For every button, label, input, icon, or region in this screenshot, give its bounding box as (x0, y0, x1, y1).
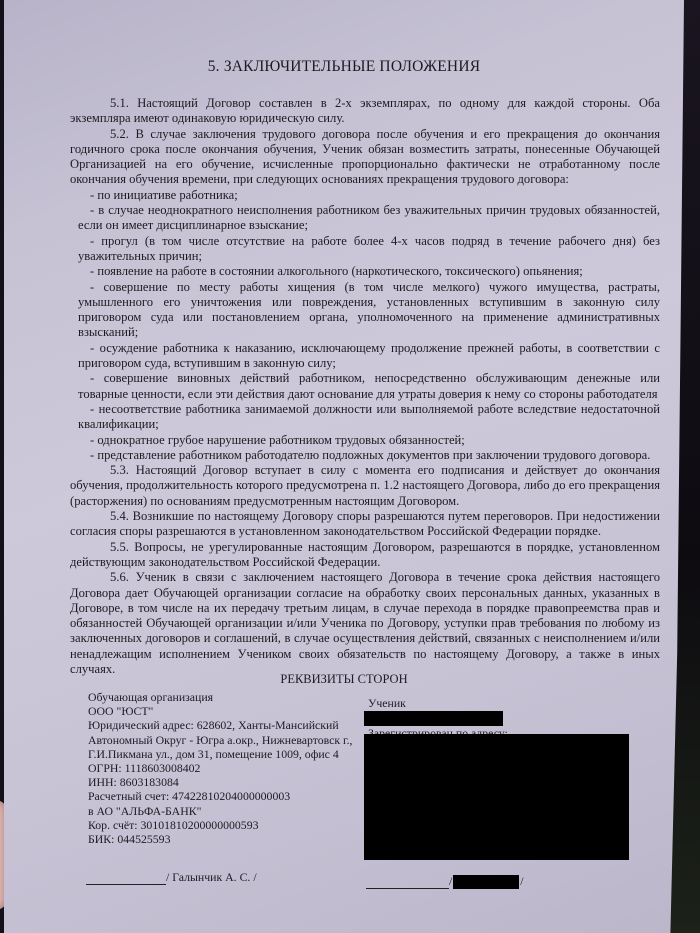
requisites-title: РЕКВИЗИТЫ СТОРОН (4, 672, 684, 687)
redacted-student-name (364, 711, 503, 726)
list-item: - появление на работе в состоянии алкого… (70, 264, 660, 279)
redacted-student-signatory (453, 875, 519, 889)
clause-paragraph: 5.2. В случае заключения трудового догов… (70, 127, 660, 188)
requisite-line: ИНН: 8603183084 (88, 775, 378, 789)
section-title: 5. ЗАКЛЮЧИТЕЛЬНЫЕ ПОЛОЖЕНИЯ (4, 58, 684, 76)
student-label: Ученик (368, 696, 648, 710)
redacted-student-address (364, 734, 629, 860)
requisite-line: ООО "ЮСТ" (88, 704, 378, 718)
clause-paragraph: 5.5. Вопросы, не урегулированные настоящ… (70, 540, 660, 571)
clause-paragraph: 5.1. Настоящий Договор составлен в 2-х э… (70, 96, 660, 127)
requisite-line: ОГРН: 1118603008402 (88, 761, 378, 775)
requisite-line: Расчетный счет: 47422810204000000003 (88, 789, 378, 803)
requisite-line: Кор. счёт: 30101810200000000593 (88, 818, 378, 832)
list-item: - совершение виновных действий работнико… (70, 371, 660, 402)
organization-signatory: / Галынчик А. С. / (166, 870, 257, 884)
requisite-line: Юридический адрес: 628602, Ханты-Мансийс… (88, 718, 378, 732)
list-item: - однократное грубое нарушение работнико… (70, 433, 660, 448)
list-item: - совершение по месту работы хищения (в … (70, 280, 660, 341)
list-item: - в случае неоднократного неисполнения р… (70, 203, 660, 234)
list-item: - прогул (в том числе отсутствие на рабо… (70, 234, 660, 265)
list-item: - представление работником работодателю … (70, 448, 660, 463)
requisite-line: Автономный Округ - Югра а.окр., Нижневар… (88, 733, 378, 747)
requisite-line: в АО "АЛЬФА-БАНК" (88, 804, 378, 818)
list-item: - несоответствие работника занимаемой до… (70, 402, 660, 433)
clause-paragraph: 5.3. Настоящий Договор вступает в силу с… (70, 463, 660, 509)
document-page: 5. ЗАКЛЮЧИТЕЛЬНЫЕ ПОЛОЖЕНИЯ 5.1. Настоящ… (4, 0, 684, 933)
student-signature: // (366, 874, 524, 889)
requisite-line: Г.И.Пикмана ул., дом 31, помещение 1009,… (88, 747, 378, 761)
organization-signature: / Галынчик А. С. / (86, 870, 257, 885)
student-requisites: Ученик Зарегистрирован по адресу: (368, 696, 648, 740)
requisite-line: БИК: 044525593 (88, 832, 378, 846)
clause-paragraph: 5.6. Ученик в связи с заключением настоя… (70, 570, 660, 677)
clause-paragraph: 5.4. Возникшие по настоящему Договору сп… (70, 509, 660, 540)
organization-requisites: Обучающая организацияООО "ЮСТ"Юридически… (88, 690, 378, 846)
signature-line (86, 884, 166, 885)
requisite-line: Обучающая организация (88, 690, 378, 704)
section-body: 5.1. Настоящий Договор составлен в 2-х э… (70, 96, 660, 677)
list-item: - осуждение работника к наказанию, исклю… (70, 341, 660, 372)
list-item: - по инициативе работника; (70, 188, 660, 203)
signature-line (366, 888, 449, 889)
